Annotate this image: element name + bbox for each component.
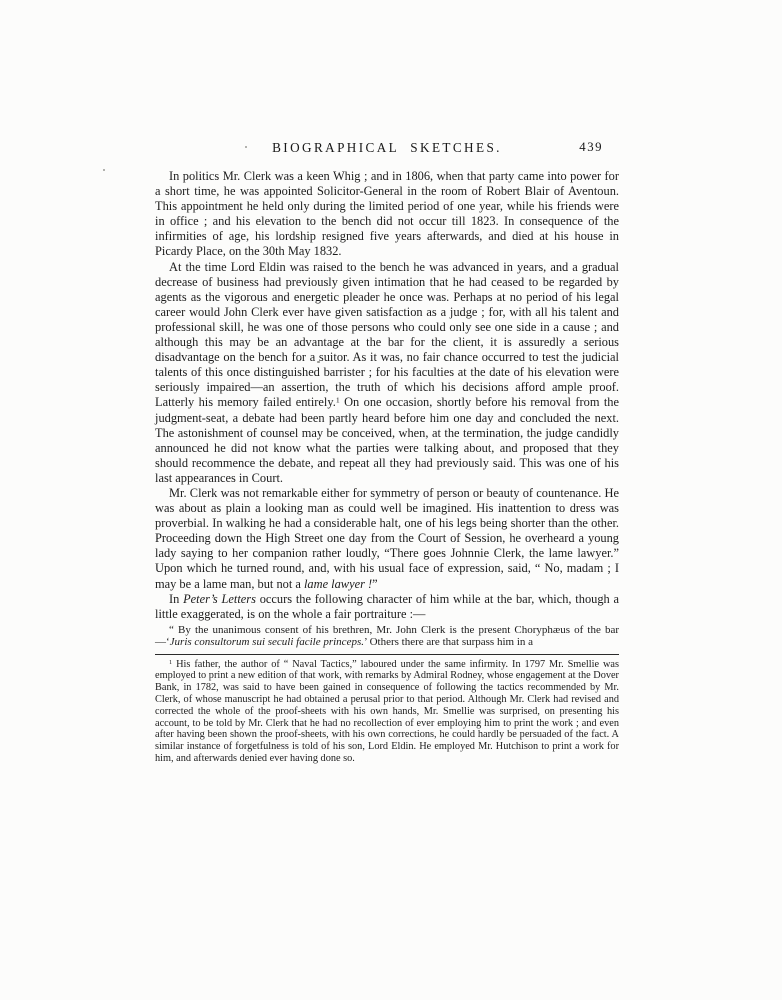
lame-lawyer-italic: lame lawyer ! xyxy=(304,577,372,591)
text-block: BIOGRAPHICAL SKETCHES. 439 In politics M… xyxy=(155,140,619,765)
quote-latin-italic: Juris consultorum sui seculi facile prin… xyxy=(170,636,364,648)
footnote-text: His father, the author of “ Naval Tactic… xyxy=(155,659,619,764)
paragraph-bench: At the time Lord Eldin was raised to the… xyxy=(155,260,619,486)
paragraph-politics-text: In politics Mr. Clerk was a keen Whig ; … xyxy=(155,169,619,258)
page-title: BIOGRAPHICAL SKETCHES. xyxy=(272,140,502,155)
scan-speck xyxy=(245,146,247,148)
scan-speck xyxy=(103,169,105,171)
book-page: BIOGRAPHICAL SKETCHES. 439 In politics M… xyxy=(0,0,782,1000)
paragraph-politics: In politics Mr. Clerk was a keen Whig ; … xyxy=(155,169,619,260)
footnote-paragraph: 1 His father, the author of “ Naval Tact… xyxy=(155,659,619,765)
scan-speck xyxy=(317,361,320,363)
peters-letters-title-italic: Peter’s Letters xyxy=(183,592,256,606)
quoted-character-extract: “ By the unanimous consent of his brethr… xyxy=(155,624,619,649)
paragraph-peters-letters: In Peter’s Letters occurs the following … xyxy=(155,592,619,622)
footnote-divider xyxy=(155,654,619,655)
quote-text-b: ’ Others there are that surpass him in a xyxy=(364,636,533,648)
paragraph-appearance-text-b: ” xyxy=(372,577,378,591)
body-text: In politics Mr. Clerk was a keen Whig ; … xyxy=(155,169,619,765)
page-number: 439 xyxy=(579,140,603,155)
peters-letters-text-a: In xyxy=(169,592,183,606)
footnote: 1 His father, the author of “ Naval Tact… xyxy=(155,659,619,765)
running-head: BIOGRAPHICAL SKETCHES. 439 xyxy=(155,140,619,156)
paragraph-bench-text-a: At the time Lord Eldin was raised to the… xyxy=(155,260,619,410)
paragraph-appearance-text-a: Mr. Clerk was not remarkable either for … xyxy=(155,486,619,591)
paragraph-appearance: Mr. Clerk was not remarkable either for … xyxy=(155,486,619,592)
